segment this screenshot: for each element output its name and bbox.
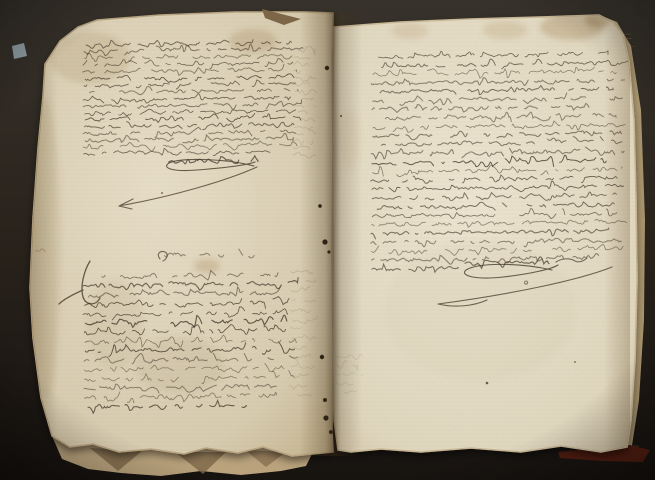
manuscript-scan bbox=[0, 0, 655, 480]
vignette bbox=[0, 0, 655, 480]
manuscript-scan-photo bbox=[0, 0, 655, 480]
